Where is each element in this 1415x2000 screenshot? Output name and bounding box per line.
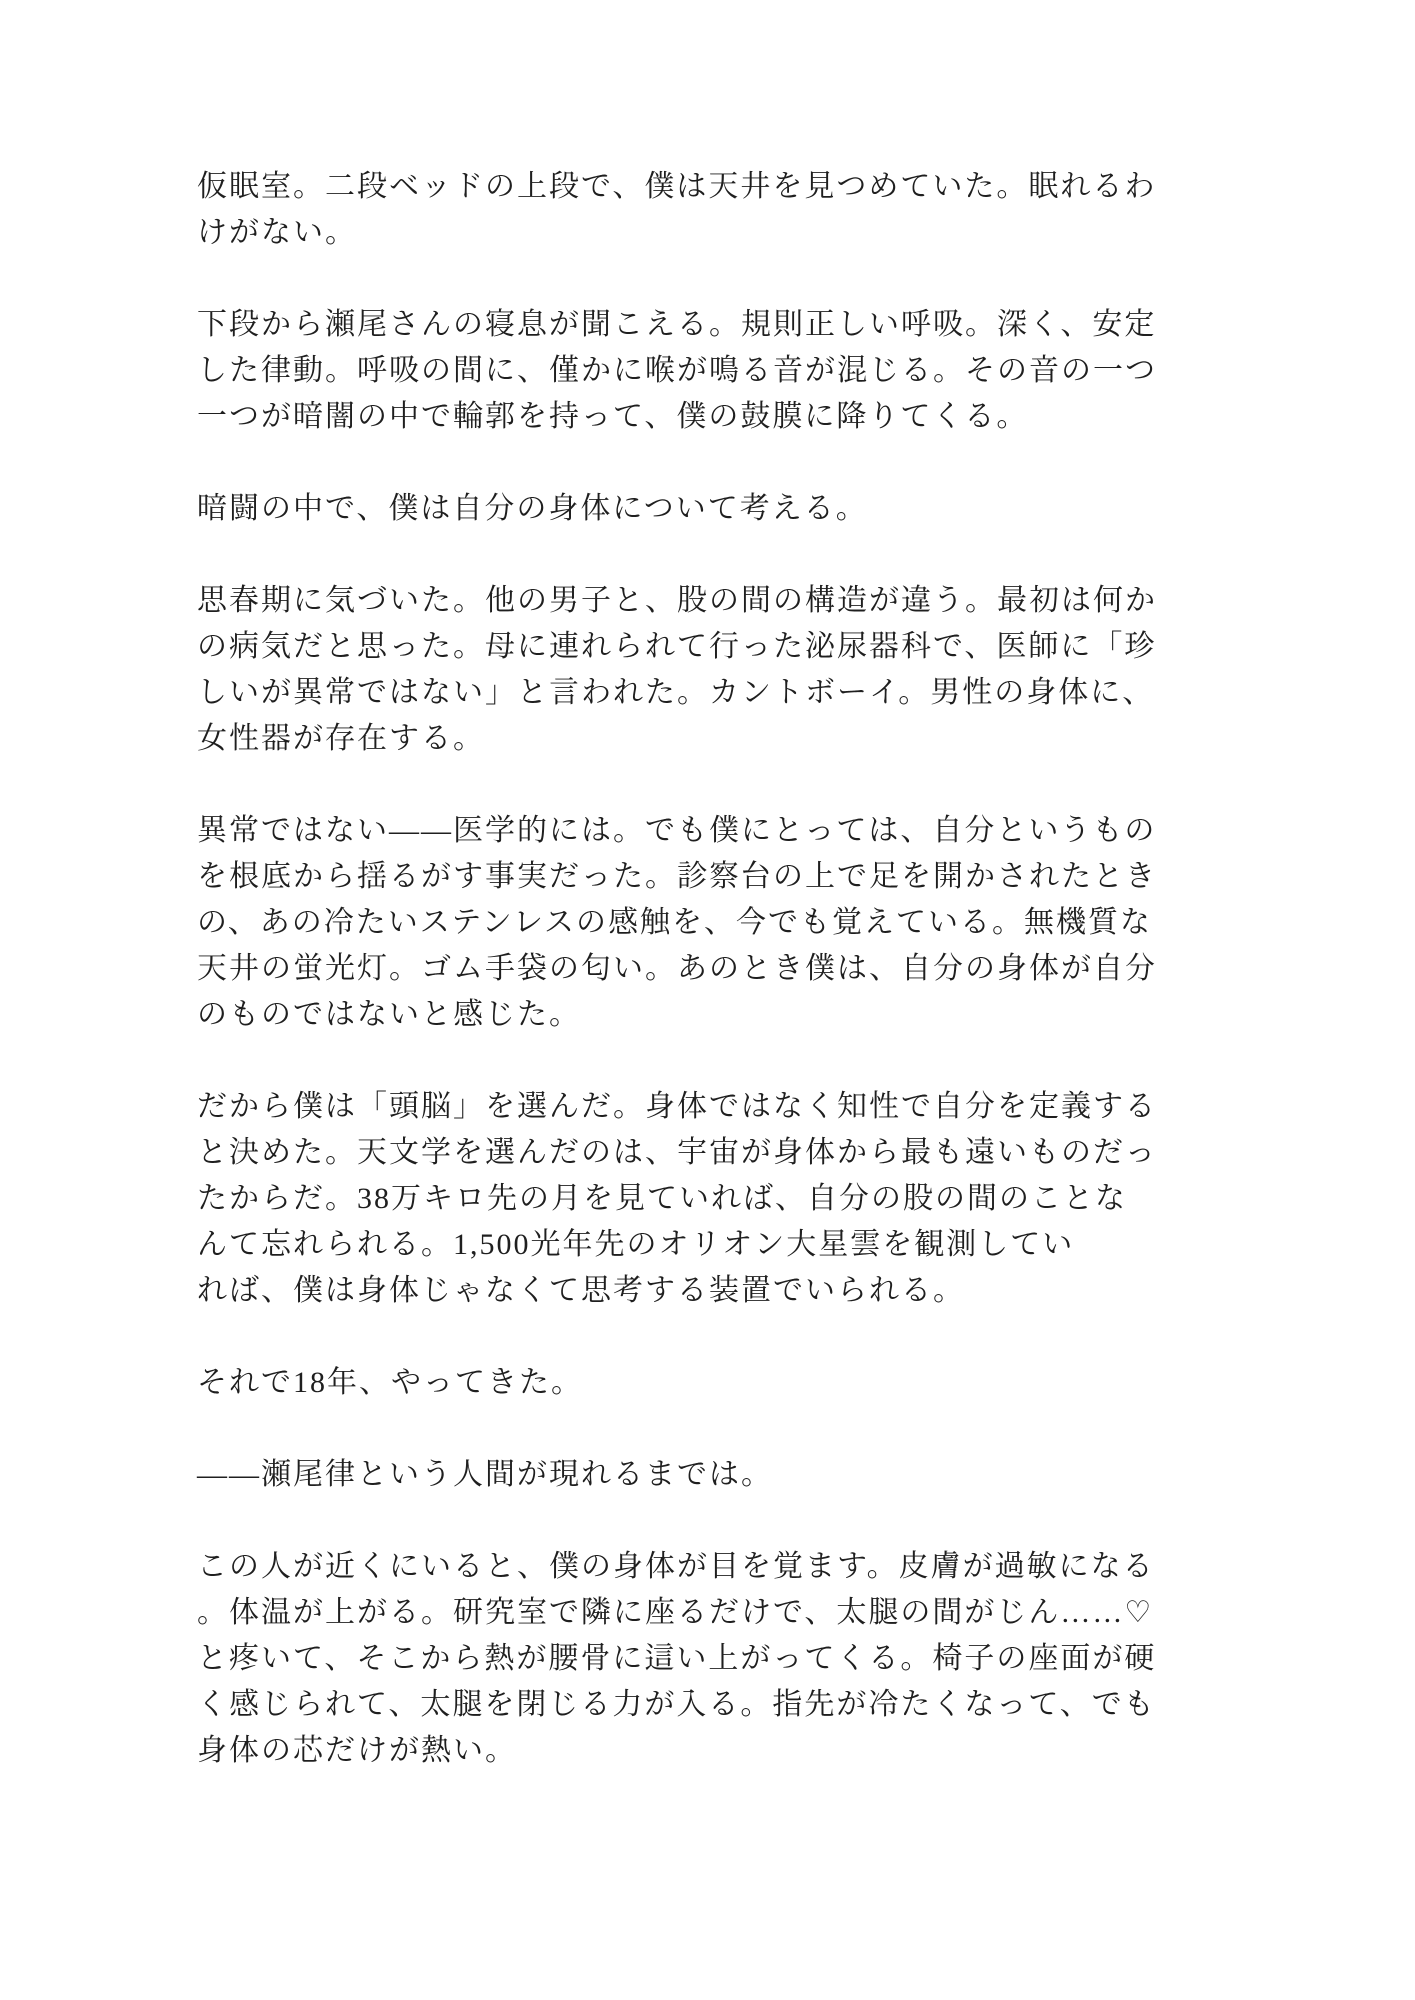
text-line: ——瀬尾律という人間が現れるまでは。 bbox=[197, 1452, 1275, 1498]
text-line: と疼いて、そこから熱が腰骨に這い上がってくる。椅子の座面が硬 bbox=[197, 1636, 1275, 1682]
text-line: のものではないと感じた。 bbox=[197, 992, 1275, 1038]
text-line: それで18年、やってきた。 bbox=[197, 1360, 1275, 1406]
body-text: 仮眠室。二段ベッドの上段で、僕は天井を見つめていた。眠れるわけがない。下段から瀬… bbox=[197, 164, 1275, 1774]
text-line: この人が近くにいると、僕の身体が目を覚ます。皮膚が過敏になる bbox=[197, 1544, 1275, 1590]
paragraph: それで18年、やってきた。 bbox=[197, 1360, 1275, 1406]
paragraph: ——瀬尾律という人間が現れるまでは。 bbox=[197, 1452, 1275, 1498]
paragraph: だから僕は「頭脳」を選んだ。身体ではなく知性で自分を定義すると決めた。天文学を選… bbox=[197, 1084, 1275, 1314]
text-line: を根底から揺るがす事実だった。診察台の上で足を開かされたとき bbox=[197, 854, 1275, 900]
text-line: だから僕は「頭脳」を選んだ。身体ではなく知性で自分を定義する bbox=[197, 1084, 1275, 1130]
document-page: 仮眠室。二段ベッドの上段で、僕は天井を見つめていた。眠れるわけがない。下段から瀬… bbox=[0, 0, 1415, 2000]
text-line: しいが異常ではない」と言われた。カントボーイ。男性の身体に、 bbox=[197, 670, 1275, 716]
text-line: く感じられて、太腿を閉じる力が入る。指先が冷たくなって、でも bbox=[197, 1682, 1275, 1728]
text-line: の、あの冷たいステンレスの感触を、今でも覚えている。無機質な bbox=[197, 900, 1275, 946]
text-line: と決めた。天文学を選んだのは、宇宙が身体から最も遠いものだっ bbox=[197, 1130, 1275, 1176]
text-line: たからだ。38万キロ先の月を見ていれば、自分の股の間のことな bbox=[197, 1176, 1275, 1222]
text-line: 仮眠室。二段ベッドの上段で、僕は天井を見つめていた。眠れるわ bbox=[197, 164, 1275, 210]
text-line: けがない。 bbox=[197, 210, 1275, 256]
text-line: した律動。呼吸の間に、僅かに喉が鳴る音が混じる。その音の一つ bbox=[197, 348, 1275, 394]
paragraph: この人が近くにいると、僕の身体が目を覚ます。皮膚が過敏になる。体温が上がる。研究… bbox=[197, 1544, 1275, 1774]
paragraph: 仮眠室。二段ベッドの上段で、僕は天井を見つめていた。眠れるわけがない。 bbox=[197, 164, 1275, 256]
text-line: 天井の蛍光灯。ゴム手袋の匂い。あのとき僕は、自分の身体が自分 bbox=[197, 946, 1275, 992]
text-line: 女性器が存在する。 bbox=[197, 716, 1275, 762]
text-line: の病気だと思った。母に連れられて行った泌尿器科で、医師に「珍 bbox=[197, 624, 1275, 670]
paragraph: 暗闘の中で、僕は自分の身体について考える。 bbox=[197, 486, 1275, 532]
text-line: 身体の芯だけが熱い。 bbox=[197, 1728, 1275, 1774]
paragraph: 異常ではない——医学的には。でも僕にとっては、自分というものを根底から揺るがす事… bbox=[197, 808, 1275, 1038]
text-line: 思春期に気づいた。他の男子と、股の間の構造が違う。最初は何か bbox=[197, 578, 1275, 624]
text-line: 一つが暗闇の中で輪郭を持って、僕の鼓膜に降りてくる。 bbox=[197, 394, 1275, 440]
text-line: 暗闘の中で、僕は自分の身体について考える。 bbox=[197, 486, 1275, 532]
text-line: 異常ではない——医学的には。でも僕にとっては、自分というもの bbox=[197, 808, 1275, 854]
text-line: れば、僕は身体じゃなくて思考する装置でいられる。 bbox=[197, 1268, 1275, 1314]
text-line: 下段から瀬尾さんの寝息が聞こえる。規則正しい呼吸。深く、安定 bbox=[197, 302, 1275, 348]
text-line: 。体温が上がる。研究室で隣に座るだけで、太腿の間がじん……♡ bbox=[197, 1590, 1275, 1636]
paragraph: 思春期に気づいた。他の男子と、股の間の構造が違う。最初は何かの病気だと思った。母… bbox=[197, 578, 1275, 762]
text-line: んて忘れられる。1,500光年先のオリオン大星雲を観測してい bbox=[197, 1222, 1275, 1268]
paragraph: 下段から瀬尾さんの寝息が聞こえる。規則正しい呼吸。深く、安定した律動。呼吸の間に… bbox=[197, 302, 1275, 440]
